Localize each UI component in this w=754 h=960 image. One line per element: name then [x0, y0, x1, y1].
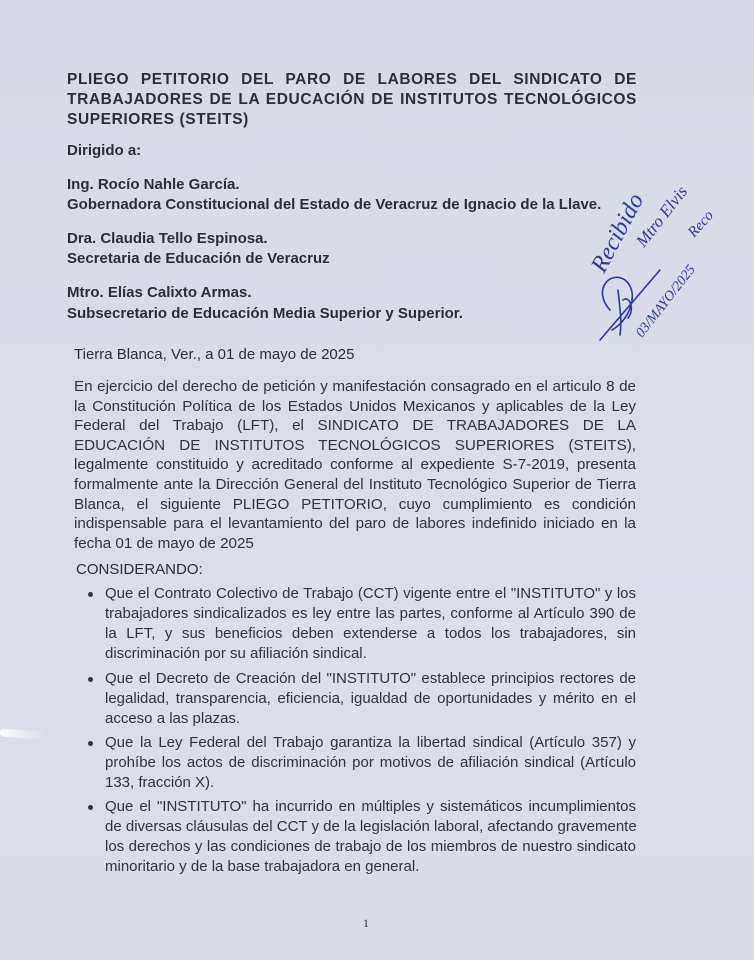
- place-date: Tierra Blanca, Ver., a 01 de mayo de 202…: [74, 346, 354, 363]
- bullet-icon: [88, 741, 93, 746]
- intro-line: Federal del Trabajo (LFT), el SINDICATO …: [74, 416, 636, 436]
- consideration-line: Que la Ley Federal del Trabajo garantiza…: [105, 733, 636, 753]
- handwritten-line: Reco: [684, 207, 717, 241]
- handwritten-line: 03/MAYO/2025: [633, 263, 698, 341]
- consideration-line: acceso a las plazas.: [105, 709, 636, 729]
- considering-heading: CONSIDERANDO:: [76, 561, 203, 578]
- intro-line: indispensable para el levantamiento del …: [74, 514, 636, 534]
- consideration-line: Que el Decreto de Creación del "INSTITUT…: [105, 669, 636, 689]
- consideration-line: de diversas cláusulas del CCT y de la le…: [105, 817, 636, 837]
- document-title: PLIEGO PETITORIO DEL PARO DE LABORES DEL…: [67, 70, 637, 130]
- consideration-line: los derechos y las condiciones de trabaj…: [105, 837, 636, 857]
- consideration-line: prohíbe los actos de discriminación por …: [105, 753, 636, 773]
- bullet-icon: [88, 805, 93, 810]
- paper-crease: [0, 728, 45, 739]
- intro-line: Blanca, el siguiente PLIEGO PETITORIO, c…: [74, 495, 636, 515]
- recipient-position: Secretaria de Educación de Veracruz: [67, 250, 330, 267]
- addressed-label: Dirigido a:: [67, 142, 141, 159]
- bullet-icon: [88, 592, 93, 597]
- recipient-name: Mtro. Elías Calixto Armas.: [67, 284, 252, 301]
- bullet-icon: [88, 677, 93, 682]
- document-page: PLIEGO PETITORIO DEL PARO DE LABORES DEL…: [0, 0, 754, 960]
- handwritten-received-stamp: Recibido Mtro Elvis Reco 03/MAYO/2025: [590, 170, 754, 360]
- consideration-line: minoritario y de la base trabajadora en …: [105, 857, 636, 877]
- intro-line: la Constitución Política de los Estados …: [74, 397, 636, 417]
- page-number: 1: [363, 916, 369, 931]
- intro-line: En ejercicio del derecho de petición y m…: [74, 377, 636, 397]
- intro-paragraph: En ejercicio del derecho de petición y m…: [74, 377, 636, 553]
- intro-line: EDUCACIÓN DE INSTITUTOS TECNOLÓGICOS SUP…: [74, 436, 636, 456]
- consideration-line: la LFT, y sus beneficios deben extenders…: [105, 624, 636, 644]
- consideration-line: Que el "INSTITUTO" ha incurrido en múlti…: [105, 797, 636, 817]
- title-line: PLIEGO PETITORIO DEL PARO DE LABORES DEL…: [67, 70, 637, 90]
- intro-line: fecha 01 de mayo de 2025: [74, 534, 636, 554]
- recipient-position: Subsecretario de Educación Media Superio…: [67, 305, 463, 322]
- intro-line: legalmente constituido y acreditado conf…: [74, 455, 636, 475]
- consideration-line: legalidad, transparencia, eficiencia, ig…: [105, 689, 636, 709]
- title-line: SUPERIORES (STEITS): [67, 110, 637, 130]
- title-line: TRABAJADORES DE LA EDUCACIÓN DE INSTITUT…: [67, 90, 637, 110]
- consideration-line: discriminación por su afiliación sindica…: [105, 644, 636, 664]
- recipient-name: Ing. Rocío Nahle García.: [67, 176, 240, 193]
- recipient-position: Gobernadora Constitucional del Estado de…: [67, 196, 601, 213]
- consideration-line: Que el Contrato Colectivo de Trabajo (CC…: [105, 584, 636, 604]
- recipient-name: Dra. Claudia Tello Espinosa.: [67, 230, 268, 247]
- intro-line: formalmente ante la Dirección General de…: [74, 475, 636, 495]
- consideration-line: 133, fracción X).: [105, 773, 636, 793]
- consideration-line: trabajadores sindicalizados es ley entre…: [105, 604, 636, 624]
